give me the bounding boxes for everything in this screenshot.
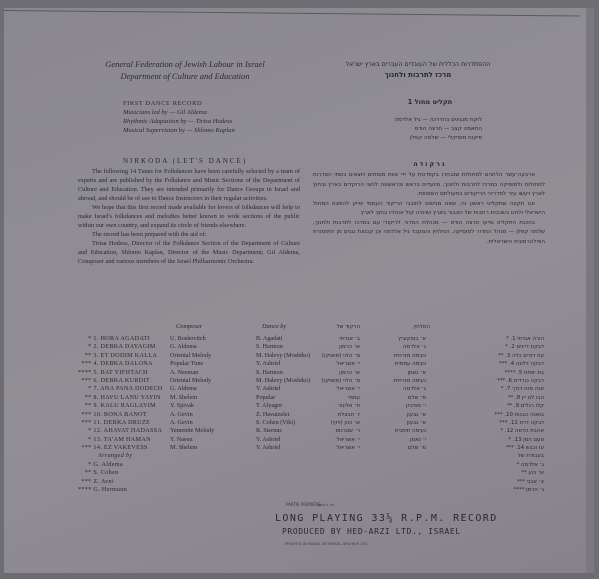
track-title-column: * 1. HORA AGADATI * 2. DEBKA DAYAGIM ** …	[78, 335, 163, 494]
paragraph: Tirtsa Hodess, Director of the Folkdance…	[78, 239, 300, 266]
hebrew-track-title: בת יפתח 5. ****	[432, 369, 544, 377]
composer-column: U. BoskovitchG. AldemaOriental MelodyPop…	[170, 335, 214, 452]
hebrew-track-composer: א׳ נאמן	[368, 369, 426, 377]
arranger: * G. Aldema	[78, 461, 163, 469]
hebrew-track-choreographer: ז׳ חבצלת	[316, 411, 360, 419]
track-choreographer: Y. Ashriel	[256, 444, 310, 452]
english-header: General Federation of Jewish Labour in I…	[80, 58, 290, 82]
hebrew-track-choreographer: ש׳ הרמון	[316, 343, 360, 351]
hebrew-dance-by-column: ב׳ אגדתיש׳ הרמוןמ׳ הלוי (מושיקו)י׳ אשריא…	[316, 335, 360, 452]
track-title: * 2. DEBKA DAYAGIM	[78, 343, 163, 351]
hebrew-track-composer: מ׳ שלם	[368, 394, 426, 402]
side-label-he: צד ראשון	[318, 502, 334, 507]
track-choreographer: Y. Ashriel	[256, 385, 310, 393]
track-composer: Y. Spivak	[170, 402, 214, 410]
hebrew-track-composer: נעימה מזרחית	[368, 377, 426, 385]
hebrew-track-composer: י׳ ספיבק	[368, 402, 426, 410]
hebrew-track-composer: א׳ גבעון	[368, 411, 426, 419]
track-choreographer: Y. Ashriel	[256, 436, 310, 444]
hebrew-track-composer: א׳ בוסקוביץ	[368, 335, 426, 343]
department-name: Department of Culture and Education	[80, 70, 290, 82]
printer-credit: PRINTED IN ISRAEL BY ISRAEL ARCHIVE LTD.	[285, 541, 368, 546]
track-choreographer: S. Harmon	[256, 369, 310, 377]
hebrew-track-choreographer: עממי	[316, 394, 360, 402]
hebrew-track-choreographer: י׳ אשריאל	[316, 360, 360, 368]
hebrew-arranged-by-label: בעבודת של	[432, 452, 544, 460]
hebrew-track-composer: נעימה מזרחית	[368, 352, 426, 360]
track-title: *** 4. DEBKA DALONA	[78, 360, 163, 368]
hebrew-arranger: ש׳ כהן **	[432, 469, 544, 477]
arranged-by-label: Arranged by	[78, 452, 163, 460]
english-liner-notes: The following 14 Tunes for Folkdances ha…	[78, 167, 300, 266]
hebrew-track-title: הורה אגדתי 1. *	[432, 335, 544, 343]
hebrew-organization-name: ההסתדרות הכללית של העובדים העברים בארץ י…	[300, 59, 536, 70]
hebrew-track-title: עת דודים כלה 3. **	[432, 352, 544, 360]
hebrew-liner-notes: ארבעה־עשר הלחנים למחולות שנבחרו בקפדנות …	[313, 171, 545, 247]
hebrew-track-choreographer: ר׳ שטרנוס	[316, 427, 360, 435]
track-choreographer: Y. Ashriel	[256, 360, 310, 368]
track-title: ** 3. ET DODIM KALLA	[78, 352, 163, 360]
hebrew-track-composer: מ׳ שלם	[368, 444, 426, 452]
track-composer: Oriental Melody	[170, 377, 214, 385]
track-title: *** 14. EZ VAKEVESS	[78, 444, 163, 452]
hebrew-track-composer: ג׳ אלדמה	[368, 385, 426, 393]
track-composer: Popular Tune	[170, 360, 214, 368]
track-choreographer: T. Alyagor	[256, 402, 310, 410]
sleeve-right-edge	[586, 8, 594, 579]
track-choreographer: M. Halevy (Moshiko)	[256, 377, 310, 385]
arranger: ** S. Cohen	[78, 469, 163, 477]
track-title: * 13. TA'AM HAMAN	[78, 436, 163, 444]
track-choreographer: Popular	[256, 394, 310, 402]
track-title: **** 5. BAT YIFHTACH	[78, 369, 163, 377]
paragraph: The record has been prepared with the ai…	[78, 230, 300, 239]
track-composer: G. Aldema	[170, 385, 214, 393]
credit-line: Musical Supervision by — Shlomo Kaplan	[123, 126, 235, 135]
composer-column-header: Composer	[176, 323, 202, 330]
hebrew-track-title: דבקה דרוז 11. ***	[432, 419, 544, 427]
paragraph: בהכנת התקליט סייעו תרצה הודס — מנהלת המד…	[313, 219, 545, 248]
hebrew-track-title-column: הורה אגדתי 1. *דבקת דייגים 2. *עת דודים …	[432, 335, 544, 494]
credit-line: Musicians led by — Gil Aldema	[123, 108, 235, 117]
dance-by-column: B. AgadatiS. HarmonM. Halevy (Moshiko)Y.…	[256, 335, 310, 452]
hebrew-header: ההסתדרות הכללית של העובדים העברים בארץ י…	[300, 59, 536, 81]
track-composer: G. Aldema	[170, 343, 214, 351]
paragraph: We hope that this first record made avai…	[78, 203, 300, 230]
hebrew-track-title: הבו לנו יין 8. **	[432, 394, 544, 402]
hebrew-arranger: ג׳ אלדמה *	[432, 461, 544, 469]
track-composer: Yemenite Melody	[170, 427, 214, 435]
credit-line: התאמה קצב — תרצה הודס	[332, 125, 482, 134]
long-playing-label: LONG PLAYING 33⅓ R.P.M. RECORD	[275, 513, 498, 524]
track-composer: M. Shelem	[170, 394, 214, 402]
track-title: ** 8. HAVU LANU YAYIN	[78, 394, 163, 402]
track-title: * 1. HORA AGADATI	[78, 335, 163, 343]
hebrew-department-name: מרכז לתרבות ולחנוך	[300, 70, 536, 81]
track-title: *** 6. DEBKA KURDIT	[78, 377, 163, 385]
track-composer: A. Gevin	[170, 411, 214, 419]
hebrew-dance-by-header: הרקוד של	[320, 324, 360, 330]
producer-label: PRODUCED BY HED-ARZI LTD., ISRAEL	[282, 527, 461, 536]
credit-line: Rhythmic Adaptation by — Tirtsa Hodess	[123, 117, 235, 126]
track-choreographer: S. Harmon	[256, 343, 310, 351]
hebrew-track-title: טעם המן 13. *	[432, 436, 544, 444]
dance-by-column-header: Dance by	[262, 323, 286, 330]
hebrew-track-choreographer: י׳ אשריאל	[316, 385, 360, 393]
paragraph: ארבעה־עשר הלחנים למחולות שנבחרו בקפדנות …	[313, 171, 545, 200]
hebrew-track-composer: ג׳ אלדמה	[368, 343, 426, 351]
hebrew-arranger: צ׳ אבני ***	[432, 478, 544, 486]
record-label: FIRST DANCE RECORD	[123, 99, 235, 108]
hebrew-track-choreographer: ב׳ אגדתי	[316, 335, 360, 343]
credit-line: לוקח מנגינים בהדרכה — גיל אלדמה	[332, 116, 482, 125]
hebrew-track-title: בואנה הבנות 10. ***	[432, 411, 544, 419]
track-title: ** 9. KALU RAGLAYIM	[78, 402, 163, 410]
arranger: **** G. Hermann	[78, 486, 163, 494]
hebrew-track-choreographer: מ׳ הלוי (מושיקו)	[316, 377, 360, 385]
hebrew-track-choreographer: ש׳ כהן (ויקי)	[316, 419, 360, 427]
hebrew-track-composer: נעימה תימנית	[368, 427, 426, 435]
credit-line: פיקוח מוסיקלי — שלמה קפלן	[332, 134, 482, 143]
hebrew-composer-column: א׳ בוסקוביץג׳ אלדמהנעימה מזרחיתנעימה עממ…	[368, 335, 426, 452]
track-title: *** 11. DEBKA DRUZE	[78, 419, 163, 427]
hebrew-track-title: אהבת הדסה 12. *	[432, 427, 544, 435]
hebrew-track-composer: נעימה עממית	[368, 360, 426, 368]
track-choreographer: M. Halevy (Moshiko)	[256, 352, 310, 360]
hebrew-track-title: קלו רגלים 9. **	[432, 402, 544, 410]
track-composer: A. Gevin	[170, 419, 214, 427]
track-composer: Oriental Melody	[170, 352, 214, 360]
paragraph: The following 14 Tunes for Folkdances ha…	[78, 167, 300, 203]
track-composer: Y. Naeen	[170, 436, 214, 444]
album-title: NIRKODA (LET'S DANCE)	[123, 157, 247, 165]
sleeve-bottom-edge	[4, 573, 594, 579]
hebrew-track-title: אנה פנה דודך 7. *	[432, 385, 544, 393]
hebrew-track-title: דבקה כורדית 6. ***	[432, 377, 544, 385]
hebrew-track-choreographer: י׳ אשריאל	[316, 436, 360, 444]
hebrew-credits: לוקח מנגינים בהדרכה — גיל אלדמה התאמה קצ…	[332, 116, 482, 143]
track-choreographer: Z. Havatzelet	[256, 411, 310, 419]
hebrew-track-composer: י׳ נאמן	[368, 436, 426, 444]
hebrew-track-choreographer: מ׳ הלוי (מושיקו)	[316, 352, 360, 360]
hebrew-composer-header: המלחין	[400, 324, 430, 330]
hebrew-title: נרקודה	[400, 161, 460, 168]
hebrew-track-composer: א׳ גבעון	[368, 419, 426, 427]
hebrew-track-title: דבקת דייגים 2. *	[432, 343, 544, 351]
side-label-en: PARTIE PREMIÈRE	[286, 502, 321, 507]
track-composer: U. Boskovitch	[170, 335, 214, 343]
track-choreographer: S. Cohen (Viki)	[256, 419, 310, 427]
track-title: *** 10. BONA BANOT	[78, 411, 163, 419]
hebrew-track-title: עז וכבש 14. ***	[432, 444, 544, 452]
hebrew-track-choreographer: י׳ אשריאל	[316, 444, 360, 452]
organization-name: General Federation of Jewish Labour in I…	[80, 58, 290, 70]
track-composer: M. Shelem	[170, 444, 214, 452]
sleeve-flap-crease	[4, 10, 580, 17]
arranger: *** Z. Avni	[78, 478, 163, 486]
hebrew-track-title: דבקה דלונה 4. ***	[432, 360, 544, 368]
track-title: * 7. ANA PANA DODECH	[78, 385, 163, 393]
english-credits: FIRST DANCE RECORD Musicians led by — Gi…	[123, 99, 235, 135]
paragraph: אנו תקווה שתקליט ראשון זה, שאנו מגישים ל…	[313, 200, 545, 219]
track-choreographer: R. Sternus	[256, 427, 310, 435]
hebrew-record-label: תקליט מחול 1	[330, 98, 530, 106]
track-title: * 12. AHAVAT HADASSA	[78, 427, 163, 435]
track-composer: A. Neeman	[170, 369, 214, 377]
track-choreographer: B. Agadati	[256, 335, 310, 343]
hebrew-track-choreographer: ת׳ אליגור	[316, 402, 360, 410]
hebrew-track-choreographer: ש׳ הרמון	[316, 369, 360, 377]
hebrew-arranger: ג׳ הרמן ****	[432, 486, 544, 494]
